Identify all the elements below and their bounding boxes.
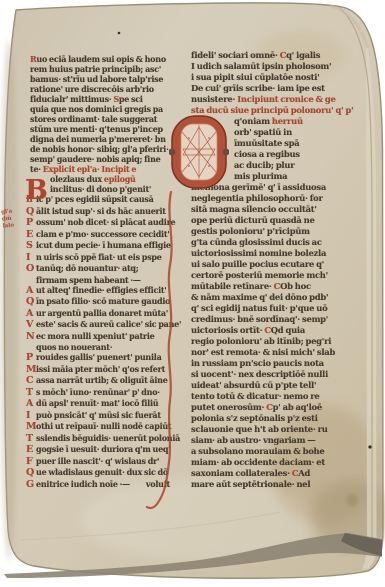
verse-initial: C [26,376,36,386]
verse-initial: E [26,230,36,240]
text-line: stūm ure menti· q'tenus p'incep [26,125,166,133]
ink-text: i sua pipit siui cūplatōe nosti' [191,72,320,82]
text-line: uideat' absurdū cū p'pte tell' [191,381,359,389]
text-line: Ipuò pnsicāt' q' mūsi sic fuerāt [26,411,166,421]
ink-text: de nobis honor· sibiq; gl'a pferiri· [30,144,169,154]
text-line: Prouides gallis' puenert' punila [26,353,166,363]
text-line: polonia s'z septōnalis p'z esti [191,414,359,422]
ink-text: g'ta cūnda glosissimi ducis ac [191,237,322,247]
ink-text: regio polonioru' ab itīnib; peg'ri [191,336,331,346]
ink-text: ope periū dicturū quasdā ne [191,215,315,225]
rubric-text: Incipiunt cronice & ge [237,94,335,104]
ink-text: ratione' ure discrecōis arb'rio [30,84,154,94]
ink-text: enitrice iudich noīe ·— [36,479,130,489]
ink-text: fideli' sociari omnē· [191,50,280,60]
ink-text: quos no nouerant· [36,342,112,352]
verse-initial: Q [26,468,36,478]
text-line: ratione' ure discrecōis arb'rio [26,85,166,93]
text-line: Otanūq; dō nouantur· atq; [26,264,166,274]
ink-text: ossum' nob dicet· si plācat audire [36,217,175,227]
ink-text: può pnsicāt' q' mūsi sic fuerāt [36,410,161,420]
ink-text: a subsolano morauiam & bohe [191,446,324,456]
text-line: I udich salamūt ipsin pholosom' [191,62,359,70]
verse-initial: S [26,241,36,251]
ink-text: q'oniam [234,116,272,126]
ink-text: clam e p'mo· successore cecidit' [36,229,169,239]
text-column-left: Ruo eciā laudem sui opis & honorem huius… [26,55,166,489]
ink-text: polonia s'z septōnalis p'z esti [191,413,318,423]
text-line: nor' est remota· & nisi mich' slab [191,348,359,356]
text-line: putet onerosūm· Cp' ab aq'loē [191,403,359,411]
ink-text: stūm ure menti· q'tenus p'incep [30,124,163,134]
initial-B: B [25,177,48,204]
ink-text: nusistere· [191,94,237,104]
text-line: certorē posteriū memorie mch' [191,271,359,279]
verse-initial: T [26,434,36,444]
ink-text: inclitus· di dono p'genit' [50,184,151,194]
text-line: g'ta cūnda glosissimi ducis ac [191,238,359,246]
text-line: uictoriosissimi nomine bolezla [191,249,359,257]
text-line: Tsslendis bēguidis· uenerūt poloniā [26,434,166,444]
verse-initial: M [26,422,36,432]
rubric-text: Explicit epl'a· Incipit e [43,164,136,174]
ink-text: puer ille nascit'· q' wislaus dr' [36,456,159,466]
text-line: in russiam pn'scio paucis nota [191,359,359,367]
verse-initial: I [26,253,36,263]
ink-text: sclauonie que h't ab oriente· ru [191,424,328,434]
ink-text: ic p' pces egidii sūpsit causā [36,194,154,204]
verse-initial: Q [26,297,36,307]
text-line: quos no nouerant· [26,343,166,351]
ink-text: De cui' grīis scribe· iam ipe est [191,83,325,93]
ink-text: putet onerosūm· [191,402,266,412]
text-line: fideli' sociari omnē· Cq' igalis [191,51,359,59]
ink-text: ciosa a regibus [234,149,300,159]
ink-text: si uocent'· nex descriptiōē nulli [191,369,328,379]
text-line: si uocent'· nex descriptiōē nulli [191,370,359,378]
text-line: sclauonie que h't ab oriente· ru [191,425,359,433]
text-line: Aut alteq' finedie· effigies efficit' [26,286,166,296]
ink-text: este' sacis & aureū calice' sic pane' [36,319,181,329]
ink-speck [368,445,371,448]
text-line: rem huius patrie principib; asc' [26,65,166,73]
ink-text: orb' spatiū in [234,127,292,137]
text-line: nusistere· Incipiunt cronice & ge [191,95,359,103]
verse-initial: I [26,411,36,421]
ink-text: uo eciā laudem sui opis & hono [36,54,166,64]
ink-text: dū apsl' renuīt· mat' iocō filiū [36,398,158,408]
text-line: mūtabile retīnare· COb hoc [191,282,359,290]
ink-text: mare aūt septētrionale· nel [191,479,310,489]
ink-text: tento totū & dicatur· nemo re [191,391,320,401]
text-line: quia que nos dominici gregis pa [26,105,166,113]
ink-text: saxoniam collaterales· [191,468,292,478]
ink-text: uictoriosis ortīt· [191,325,264,335]
verse-initial: P [26,218,36,228]
text-line: siam· ab austro· vngariam — [191,436,359,444]
ink-text: ālit istud sup'· si ds hāc anuerit [36,206,166,216]
ink-text: n uiris scō ppē fiat· ut eis pspe [36,252,162,262]
ink-text: uictoriosissimi nomine bolezla [191,248,326,258]
verse-initial: A [26,309,36,319]
ink-text: ue wladislaus genuit· dux sic dō [36,467,168,477]
ink-text: īn psato filio· scō mature gaudio [36,296,170,306]
ink-speck [118,32,121,35]
initial-Q-icon [169,114,229,190]
ink-text: digna dei numeria p'mereret· bn [30,134,166,144]
text-line: firmam spem habeant ·— [26,276,166,284]
ink-text: ut alteq' finedie· effigies efficit' [36,285,167,295]
text-line: Missi māia pter mōch' q'os refert [26,365,166,375]
ink-text: pe sci [119,94,143,104]
ink-text: uideat' absurdū cū p'pte tell' [191,380,316,390]
verse-initial: G [26,480,36,490]
ink-text: īmuūsitate spā [234,138,299,148]
text-line: Adū apsl' renuīt· mat' iocō filiū [26,399,166,409]
shade-left-edge [0,40,18,560]
ink-text: semp' gaudere· nobis apiq; fine [30,154,161,164]
margin-gloss-line: lalo [2,222,14,230]
text-line: Fpuer ille nascit'· q' wislaus dr' [26,457,166,467]
text-line: Cassa narrāt urtib; & oliguīt āine [26,376,166,386]
verse-initial: V [26,320,36,330]
ink-text: rem huius patrie principib; asc' [30,64,161,74]
text-line: te· Explicit epl'a· Incipit e [26,165,166,173]
ink-text: voluit [146,479,170,489]
text-line: Genitrice iudich noīe ·—voluit [26,480,166,490]
ink-text: sslendis bēguidis· uenerūt poloniā [36,433,180,443]
ink-text: firmam spem habeant ·— [36,275,141,285]
verse-initial: O [26,264,36,274]
text-line: q' sci egidij natus fuit· p'que uō [191,304,359,312]
ink-text: I udich salamūt ipsin pholosom' [191,61,331,71]
text-line: mare aūt septētrionale· nel [191,480,359,488]
ink-text: assa narrāt urtib; & oliguīt āine [36,375,168,385]
verse-initial: E [26,445,36,455]
text-line: Mothi ut reīpauī· nulli nodē capiūt [26,422,166,432]
text-line: Sicut dum pecie· ī humana effigie [26,241,166,251]
ink-text: icut dum pecie· ī humana effigie [36,240,171,250]
ink-text: Ad [298,468,310,478]
dark-spot [346,494,358,506]
text-line: bamus· st'rīu ud labore talp'rise [26,75,166,83]
ink-text: quia que nos dominici gregis pa [30,104,163,114]
manuscript-photo: Ruo eciā laudem sui opis & honorem huius… [0,0,385,587]
ink-text: siam· ab austro· vngariam — [191,435,315,445]
ink-text: credimus· bnē sordīnaq'· semp' [191,314,328,324]
ink-text: miam· ab occidente daciam· et [191,457,325,467]
ink-text: s mōch' īuno· renūnar' p' dno· [36,387,160,397]
text-line: In uiris scō ppē fiat· ut eis pspe [26,253,166,263]
verse-initial: Q [26,207,36,217]
text-line: neglegentia philosophorū· for [191,194,359,202]
text-line: i sua pipit siui cūplatōe nosti' [191,73,359,81]
text-line: uictoriosis ortīt· CQd quia [191,326,359,334]
text-line: Ts mōch' īuno· renūnar' p' dno· [26,388,166,398]
ink-text: bamus· st'rīu ud labore talp'rise [30,74,163,84]
ink-text: neglegentia philosophorū· for [191,193,323,203]
text-line: Qālit istud sup'· si ds hāc anuerit [26,207,166,217]
text-line: de nobis honor· sibiq; gl'a pferiri· [26,145,166,153]
text-line: ope periū dicturū quasdā ne [191,216,359,224]
text-line: tento totū & dicatur· nemo re [191,392,359,400]
text-line: Que wladislaus genuit· dux sic dō [26,468,166,478]
text-line: digna dei numeria p'mereret· bn [26,135,166,143]
ink-text: ur argentū pallia donaret mūta' [36,308,168,318]
verse-initial: P [26,353,36,363]
text-line: gestis polonioru' p'rīcipūm [191,227,359,235]
text-line: sitā magna silencio occultāt' [191,205,359,213]
ink-text: te· [30,164,43,174]
rubric-text: epilogū [104,174,136,184]
rubric-text: herruū [272,116,303,126]
text-line: Veste' sacis & aureū calice' sic pane' [26,320,166,330]
verse-initial: M [26,365,36,375]
text-line: & nām maxime q' dei dōno pdb' [191,293,359,301]
verse-initial: A [26,399,36,409]
text-line: Ruo eciā laudem sui opis & hono [26,55,166,63]
margin-gloss: gl'a dm̄ lalo [1,208,15,230]
text-line: credimus· bnē sordīnaq'· semp' [191,315,359,323]
text-line: Egogsie ī uesuit· duriora q'm ueq' [26,445,166,455]
ink-text: & nām maxime q' dei dōno pdb' [191,292,328,302]
ink-text: gestis polonioru' p'rīcipūm [191,226,310,236]
text-line: saxoniam collaterales· CAd [191,469,359,477]
ink-text: issi māia pter mōch' q'os refert [36,364,165,374]
verse-initial: F [26,457,36,467]
ink-text: rouides gallis' puenert' punila [36,352,162,362]
ink-text: p' ab aq'loē [273,402,322,412]
ink-text: Ob hoc [280,281,311,291]
ink-text: sitā magna silencio occultāt' [191,204,317,214]
ink-text: fiducialr' mittimus· [30,94,113,104]
ink-text: gogsie ī uesuit· duriora q'm ueq' [36,444,170,454]
ink-text: in russiam pn'scio paucis nota [191,358,324,368]
ink-text: ac ducib; plur [234,160,294,170]
text-line: Aur argentū pallia donaret mūta' [26,309,166,319]
text-line: a subsolano morauiam & bohe [191,447,359,455]
text-line: miam· ab occidente daciam· et [191,458,359,466]
text-line: ui salo puille pocius ecutare q' [191,260,359,268]
text-line: regio polonioru' ab itīnib; peg'ri [191,337,359,345]
ink-text: q' sci egidij natus fuit· p'que uō [191,303,327,313]
ink-text: stores ordinamt· tale suggerat [30,114,157,124]
text-line: semp' gaudere· nobis apiq; fine [26,155,166,163]
ink-text: olezlaus dux [50,174,104,184]
verse-initial: N [26,332,36,342]
text-line: Nec mora nulli xpeniut' patrie [26,332,166,342]
text-line: Possum' nob dicet· si plācat audire [26,218,166,228]
ink-text: certorē posteriū memorie mch' [191,270,328,280]
text-line: Qīn psato filio· scō mature gaudio [26,297,166,307]
ink-text: nor' est remota· & nisi mich' slab [191,347,335,357]
verse-initial: T [26,388,36,398]
text-line: De cui' grīis scribe· iam ipe est [191,84,359,92]
ink-text: Qd quia [271,325,305,335]
ink-text: tanūq; dō nouantur· atq; [36,263,138,273]
text-line: Eclam e p'mo· successore cecidit' [26,230,166,240]
ink-text: ec mora nulli xpeniut' patrie [36,331,155,341]
text-line: stores ordinamt· tale suggerat [26,115,166,123]
ink-text: mis plurima [234,171,287,181]
ink-text: mūtabile retīnare· [191,281,274,291]
ink-text: othi ut reīpauī· nulli nodē capiūt [36,421,171,431]
verse-initial: A [26,286,36,296]
ink-text: q' igalis [286,50,320,60]
ink-text: ui salo puille pocius ecutare q' [191,259,324,269]
text-line: fiducialr' mittimus· Spe sci [26,95,166,103]
